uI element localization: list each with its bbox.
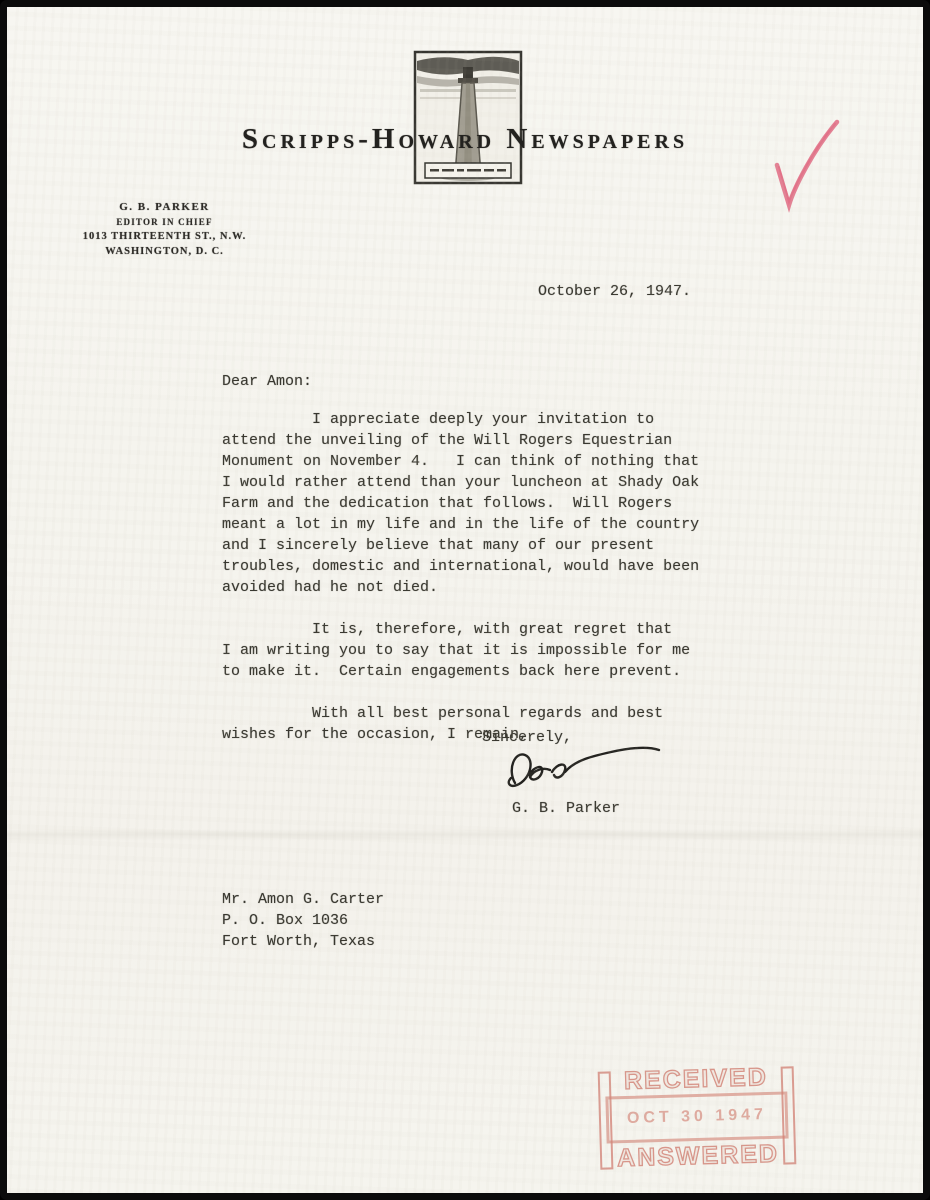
recipient-block: Mr. Amon G. Carter P. O. Box 1036 Fort W…	[222, 889, 384, 952]
sender-name: G. B. PARKER	[37, 199, 292, 215]
received-stamp: RECEIVED OCT 30 1947 ANSWERED	[598, 1064, 797, 1171]
letter-page: Scripps-Howard Newspapers G. B. PARKER E…	[0, 0, 930, 1200]
lighthouse-logo	[412, 49, 524, 186]
recipient-po-box: P. O. Box 1036	[222, 910, 384, 931]
sender-title: EDITOR IN CHIEF	[37, 215, 292, 229]
letter-salutation: Dear Amon:	[222, 373, 312, 390]
letter-date: October 26, 1947.	[538, 283, 691, 300]
recipient-city: Fort Worth, Texas	[222, 931, 384, 952]
sender-city: WASHINGTON, D. C.	[37, 244, 292, 259]
sender-address: 1013 THIRTEENTH ST., N.W.	[37, 229, 292, 244]
letter-body: I appreciate deeply your invitation to a…	[222, 409, 702, 766]
company-name: Scripps-Howard Newspapers	[7, 123, 923, 156]
motto-banner	[425, 163, 511, 178]
sender-block: G. B. PARKER EDITOR IN CHIEF 1013 THIRTE…	[37, 199, 292, 259]
stamp-word-answered: ANSWERED	[600, 1141, 797, 1171]
stamp-word-received: RECEIVED	[598, 1064, 795, 1094]
paragraph-1: I appreciate deeply your invitation to a…	[222, 409, 702, 598]
signature-deac	[499, 743, 669, 798]
typed-signature-name: G. B. Parker	[512, 800, 620, 817]
recipient-name: Mr. Amon G. Carter	[222, 889, 384, 910]
paragraph-2: It is, therefore, with great regret that…	[222, 619, 702, 682]
paragraph-3: With all best personal regards and best …	[222, 703, 702, 745]
fold-crease	[7, 829, 923, 841]
